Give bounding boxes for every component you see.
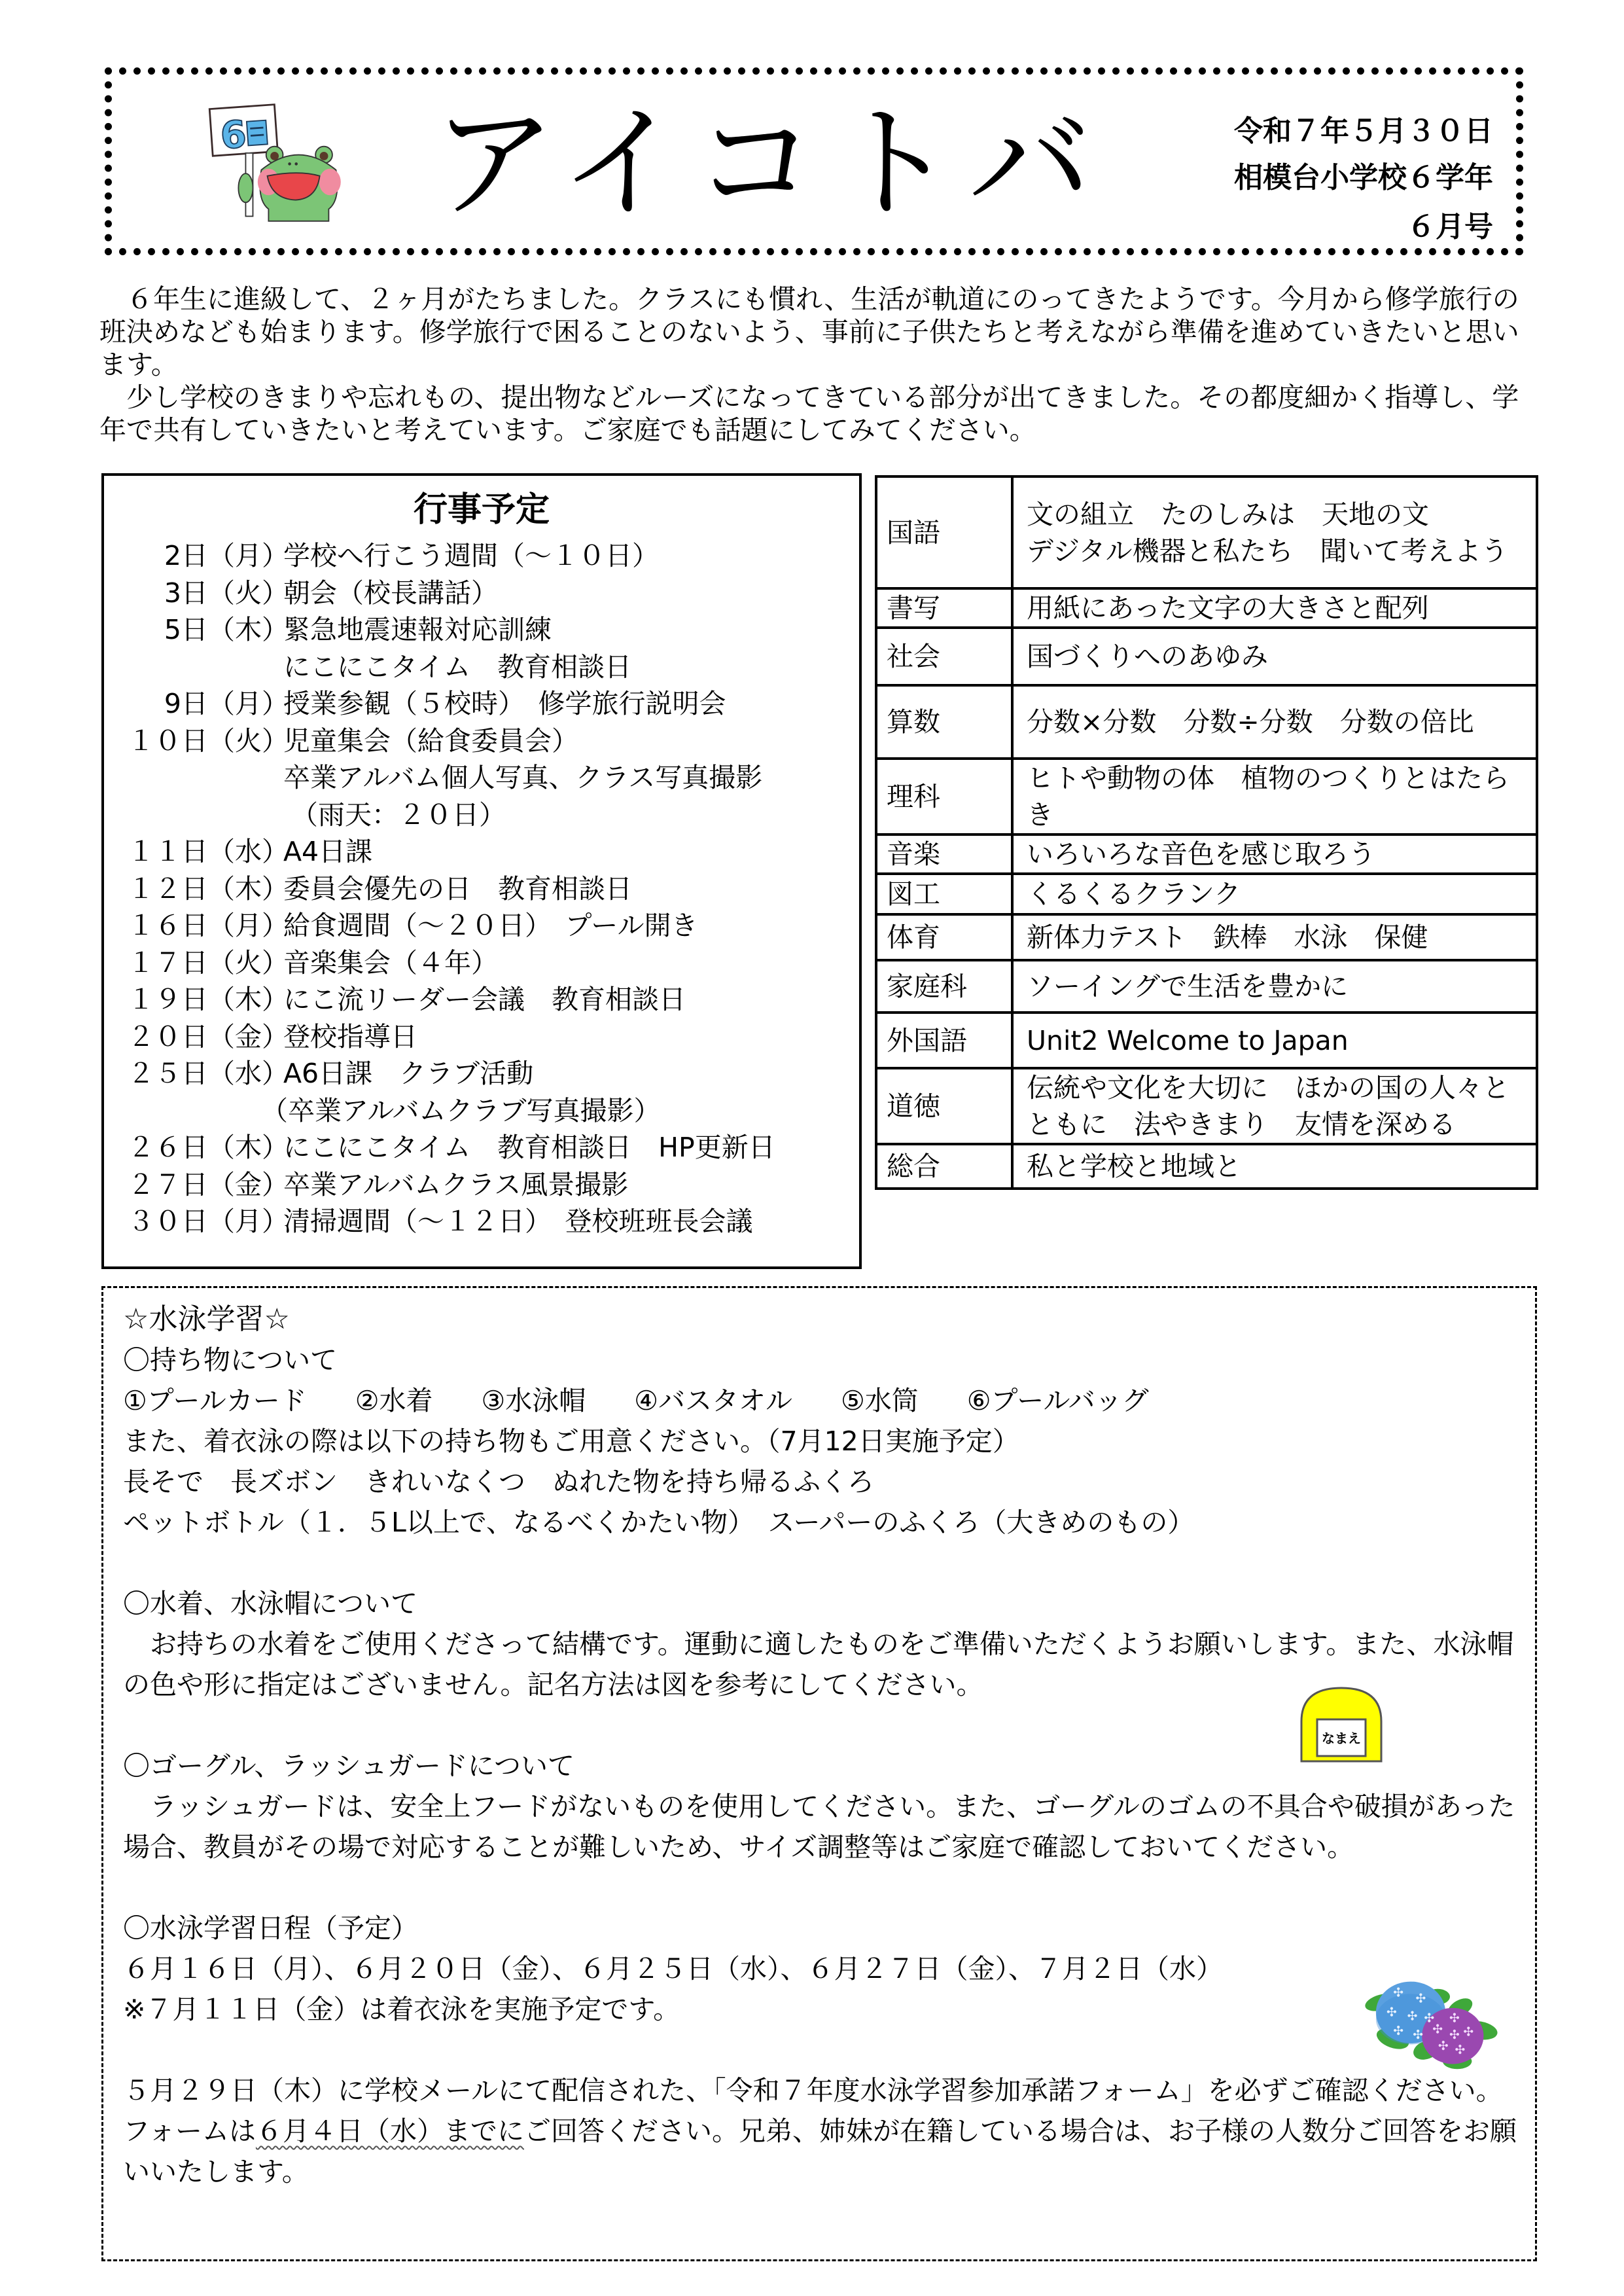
event-weekday: （水）	[208, 833, 283, 870]
event-row: １１日（水）A4日課	[120, 833, 853, 870]
event-text: 登校指導日	[283, 1018, 853, 1056]
event-date: 3日	[120, 575, 208, 612]
subject-name: 道徳	[876, 1068, 1012, 1144]
subheading-items: 〇持ち物について	[123, 1340, 1523, 1380]
table-row: 書写用紙にあった文字の大きさと配列	[876, 588, 1537, 628]
subject-name: 理科	[876, 759, 1012, 834]
subheading-schedule: 〇水泳学習日程（予定）	[123, 1908, 1523, 1948]
event-weekday: （月）	[208, 1203, 283, 1240]
subject-content: 伝統や文化を大切に ほかの国の人々とともに 法やきまり 友情を深める	[1012, 1068, 1537, 1144]
svg-text:✣: ✣	[1455, 2043, 1466, 2057]
event-text: 緊急地震速報対応訓練	[283, 611, 853, 649]
subject-name: 書写	[876, 588, 1012, 628]
subject-content: ヒトや動物の体 植物のつくりとはたらき	[1012, 759, 1537, 834]
event-row: ２０日（金）登校指導日	[120, 1018, 853, 1056]
subject-name: 音楽	[876, 834, 1012, 874]
event-text: 給食週間（～２０日） プール開き	[283, 907, 853, 944]
event-weekday: （木）	[208, 870, 283, 908]
table-row: 音楽いろいろな音色を感じ取ろう	[876, 834, 1537, 874]
subject-name: 外国語	[876, 1013, 1012, 1068]
form-notice: ５月２９日（木）に学校メールにて配信された、「令和７年度水泳学習参加承諾フォーム…	[123, 2070, 1523, 2192]
event-weekday: （木）	[208, 981, 283, 1018]
subject-content: Unit2 Welcome to Japan	[1012, 1013, 1537, 1068]
event-date: １９日	[120, 981, 208, 1018]
subject-name: 図工	[876, 874, 1012, 914]
event-text: 委員会優先の日 教育相談日	[283, 870, 853, 908]
table-row: 算数分数×分数 分数÷分数 分数の倍比	[876, 685, 1537, 759]
svg-text:✣: ✣	[1449, 2011, 1460, 2025]
event-row-continuation: （卒業アルバムクラブ写真撮影）	[120, 1092, 853, 1130]
table-row: 家庭科ソーイングで生活を豊かに	[876, 960, 1537, 1013]
events-schedule-box: 行事予定 2日（月）学校へ行こう週間（～１０日） 3日（火）朝会（校長講話） 5…	[101, 473, 862, 1269]
event-weekday: （火）	[208, 575, 283, 612]
event-date: ３０日	[120, 1203, 208, 1240]
event-date: 2日	[120, 537, 208, 575]
goggles-text: ラッシュガードは、安全上フードがないものを使用してください。また、ゴーグルのゴム…	[123, 1786, 1523, 1867]
clothed-swim-items: 長そで 長ズボン きれいなくつ ぬれた物を持ち帰るふくろ	[123, 1462, 1523, 1502]
event-text: 児童集会（給食委員会）	[283, 723, 853, 760]
event-text: にこ流リーダー会議 教育相談日	[283, 981, 853, 1018]
event-date: １１日	[120, 833, 208, 870]
event-text: 卒業アルバム個人写真、クラス写真撮影	[283, 759, 853, 797]
svg-text:✣: ✣	[1416, 1992, 1426, 2005]
event-text: にこにこタイム 教育相談日 HP更新日	[283, 1129, 853, 1166]
subject-content: ソーイングで生活を豊かに	[1012, 960, 1537, 1013]
subject-name: 家庭科	[876, 960, 1012, 1013]
subjects-table: 国語文の組立 たのしみは 天地の文 デジタル機器と私たち 聞いて考えよう 書写用…	[875, 475, 1538, 1190]
table-row: 体育新体力テスト 鉄棒 水泳 保健	[876, 914, 1537, 960]
event-row: 5日（木）緊急地震速報対応訓練	[120, 611, 853, 649]
event-row-continuation: 卒業アルバム個人写真、クラス写真撮影	[120, 759, 853, 797]
list-item: ④バスタオル	[634, 1380, 792, 1421]
subheading-swimsuit: 〇水着、水泳帽について	[123, 1583, 1523, 1624]
event-row: １２日（木）委員会優先の日 教育相談日	[120, 870, 853, 908]
subject-content: くるくるクランク	[1012, 874, 1537, 914]
section-title: ☆水泳学習☆	[123, 1299, 1523, 1340]
events-list: 2日（月）学校へ行こう週間（～１０日） 3日（火）朝会（校長講話） 5日（木）緊…	[120, 537, 853, 1240]
event-date: １７日	[120, 944, 208, 982]
event-weekday: （金）	[208, 1018, 283, 1056]
event-weekday: （木）	[208, 611, 283, 649]
svg-text:✣: ✣	[1393, 2024, 1403, 2038]
swim-cap-illustration: なまえ	[1299, 1685, 1384, 1763]
svg-text:✣: ✣	[1438, 2039, 1449, 2053]
svg-text:✣: ✣	[1449, 2028, 1460, 2042]
clothed-swim-items: ペットボトル（１．５L以上で、なるべくかたい物） スーパーのふくろ（大きめのもの…	[123, 1502, 1523, 1543]
event-text: A6日課 クラブ活動	[283, 1055, 853, 1092]
schedule-dates: ６月１６日（月）、６月２０日（金）、６月２５日（水）、６月２７日（金）、７月２日…	[123, 1948, 1523, 1989]
event-row: 3日（火）朝会（校長講話）	[120, 575, 853, 612]
subject-content: 私と学校と地域と	[1012, 1144, 1537, 1189]
intro-paragraph: ６年生に進級して、２ヶ月がたちました。クラスにも慣れ、生活が軌道にのってきたよう…	[99, 283, 1532, 381]
event-text: A4日課	[283, 833, 853, 870]
subject-name: 総合	[876, 1144, 1012, 1189]
event-weekday: （火）	[208, 944, 283, 982]
event-text: 授業参観（５校時） 修学旅行説明会	[283, 685, 853, 723]
schedule-note: ※７月１１日（金）は着衣泳を実施予定です。	[123, 1989, 1523, 2030]
list-item: ⑤水筒	[841, 1380, 919, 1421]
table-row: 理科ヒトや動物の体 植物のつくりとはたらき	[876, 759, 1537, 834]
events-title: 行事予定	[104, 490, 859, 529]
event-date: ２７日	[120, 1166, 208, 1204]
event-row-continuation: にこにこタイム 教育相談日	[120, 649, 853, 686]
subject-content: 用紙にあった文字の大きさと配列	[1012, 588, 1537, 628]
svg-text:✣: ✣	[1463, 2026, 1474, 2039]
items-list: ①プールカード②水着③水泳帽④バスタオル⑤水筒⑥プールバッグ	[123, 1380, 1523, 1421]
event-row: １７日（火）音楽集会（４年）	[120, 944, 853, 982]
hydrangea-illustration: ✣✣✣ ✣✣✣✣ ✣✣✣ ✣✣✣	[1348, 1960, 1505, 2078]
subject-content: 文の組立 たのしみは 天地の文 デジタル機器と私たち 聞いて考えよう	[1012, 476, 1537, 588]
event-weekday: （月）	[208, 685, 283, 723]
list-item: ①プールカード	[123, 1380, 307, 1421]
event-row: ２６日（木）にこにこタイム 教育相談日 HP更新日	[120, 1129, 853, 1166]
event-weekday: （水）	[208, 1055, 283, 1092]
subject-content: 分数×分数 分数÷分数 分数の倍比	[1012, 685, 1537, 759]
intro-paragraph: 少し学校のきまりや忘れもの、提出物などルーズになってきている部分が出てきました。…	[99, 381, 1532, 446]
event-date: １２日	[120, 870, 208, 908]
issue-number: ６月号	[1407, 211, 1493, 243]
subject-content: いろいろな音色を感じ取ろう	[1012, 834, 1537, 874]
issue-date: 令和７年５月３０日	[1234, 115, 1493, 148]
table-row: 社会国づくりへのあゆみ	[876, 628, 1537, 685]
event-text: 卒業アルバムクラス風景撮影	[283, 1166, 853, 1204]
event-text: 音楽集会（４年）	[283, 944, 853, 982]
event-row: ２７日（金）卒業アルバムクラス風景撮影	[120, 1166, 853, 1204]
event-row: ２５日（水）A6日課 クラブ活動	[120, 1055, 853, 1092]
event-date: ２６日	[120, 1129, 208, 1166]
subject-content: 新体力テスト 鉄棒 水泳 保健	[1012, 914, 1537, 960]
event-date: １６日	[120, 907, 208, 944]
svg-text:✣: ✣	[1407, 2010, 1418, 2024]
svg-text:✣: ✣	[1386, 2006, 1397, 2020]
event-text: （卒業アルバムクラブ写真撮影）	[261, 1092, 853, 1130]
newsletter-title: アイコトバ	[432, 98, 1107, 229]
event-row: ３０日（月）清掃週間（～１２日） 登校班班長会議	[120, 1203, 853, 1240]
event-weekday: （金）	[208, 1166, 283, 1204]
subject-name: 社会	[876, 628, 1012, 685]
table-row: 図工くるくるクランク	[876, 874, 1537, 914]
list-item: ③水泳帽	[481, 1380, 586, 1421]
event-row-continuation: （雨天：２０日）	[120, 797, 853, 834]
subject-name: 算数	[876, 685, 1012, 759]
intro-section: ６年生に進級して、２ヶ月がたちました。クラスにも慣れ、生活が軌道にのってきたよう…	[99, 283, 1532, 446]
event-text: 朝会（校長講話）	[283, 575, 853, 612]
svg-text:6: 6	[219, 113, 248, 158]
event-row: １０日（火）児童集会（給食委員会）	[120, 723, 853, 760]
list-item: ②水着	[355, 1380, 433, 1421]
event-row: 9日（月）授業参観（５校時） 修学旅行説明会	[120, 685, 853, 723]
subject-content: 国づくりへのあゆみ	[1012, 628, 1537, 685]
school-grade: 相模台小学校６学年	[1234, 162, 1493, 194]
event-weekday: （木）	[208, 1129, 283, 1166]
table-row: 国語文の組立 たのしみは 天地の文 デジタル機器と私たち 聞いて考えよう	[876, 476, 1537, 588]
form-deadline: ６月４日（水）までに	[256, 2115, 524, 2147]
event-weekday: （月）	[208, 537, 283, 575]
event-weekday: （月）	[208, 907, 283, 944]
table-row: 道徳伝統や文化を大切に ほかの国の人々とともに 法やきまり 友情を深める	[876, 1068, 1537, 1144]
event-row: 2日（月）学校へ行こう週間（～１０日）	[120, 537, 853, 575]
event-text: 学校へ行こう週間（～１０日）	[283, 537, 853, 575]
event-date: ２０日	[120, 1018, 208, 1056]
event-weekday: （火）	[208, 723, 283, 760]
event-row: １６日（月）給食週間（～２０日） プール開き	[120, 907, 853, 944]
svg-text:✣: ✣	[1393, 1986, 1403, 2000]
event-date: 9日	[120, 685, 208, 723]
event-row: １９日（木）にこ流リーダー会議 教育相談日	[120, 981, 853, 1018]
event-date: ２５日	[120, 1055, 208, 1092]
event-text: にこにこタイム 教育相談日	[283, 649, 853, 686]
subject-name: 国語	[876, 476, 1012, 588]
table-row: 総合私と学校と地域と	[876, 1144, 1537, 1189]
list-item: ⑥プールバッグ	[967, 1380, 1149, 1421]
event-date: 5日	[120, 611, 208, 649]
subject-name: 体育	[876, 914, 1012, 960]
svg-text:✣: ✣	[1432, 2022, 1443, 2036]
event-date: １０日	[120, 723, 208, 760]
frog-sign-illustration: 6	[196, 95, 347, 239]
table-row: 外国語Unit2 Welcome to Japan	[876, 1013, 1537, 1068]
event-text: （雨天：２０日）	[283, 797, 853, 834]
svg-text:✣: ✣	[1413, 2028, 1423, 2042]
event-text: 清掃週間（～１２日） 登校班班長会議	[283, 1203, 853, 1240]
cap-name-label: なまえ	[1322, 1731, 1361, 1746]
clothed-swim-note: また、着衣泳の際は以下の持ち物もご用意ください。（7月12日実施予定）	[123, 1421, 1523, 1462]
